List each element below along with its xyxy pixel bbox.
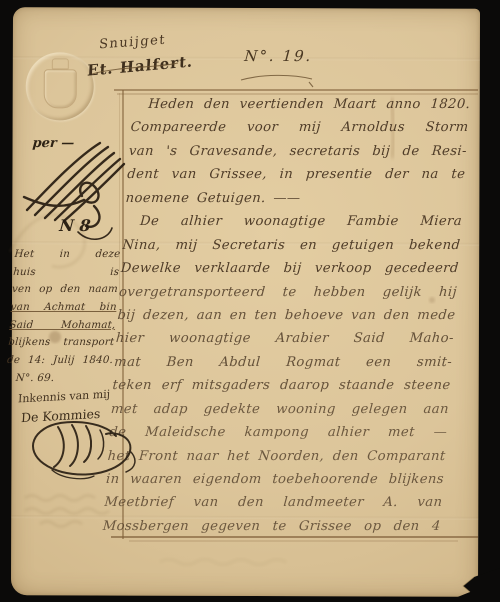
margin-per-note: per —: [32, 136, 75, 151]
deed-body-line: Nina, mij Secretaris en getuigen bekend: [122, 234, 462, 257]
deed-body-line: met adap gedekte wooning gelegen aan: [110, 398, 450, 421]
deed-body-text: Heden den veertienden Maart anno 1820. C…: [102, 93, 471, 538]
deed-body-line: de Maleidsche kampong alhier met —: [108, 421, 448, 444]
seal-crown: [52, 58, 69, 69]
margin-note-line: N°. 69.: [5, 370, 112, 388]
deed-body-line: Compareerde voor mij Arnoldus Storm: [130, 116, 470, 139]
deed-body-line: teken erf mitsgaders daarop staande stee…: [112, 374, 452, 397]
deed-body-line: Meetbrief van den landmeeter A. van: [103, 491, 443, 514]
deed-body-line: hier woonagtige Arabier Said Maho-: [115, 327, 455, 350]
margin-note-line: de 14: Julij 1840.: [6, 352, 113, 370]
deed-body-line: van 's Gravesande, secretaris bij de Res…: [128, 140, 468, 163]
margin-note-line: Said Mohamat,: [9, 317, 116, 335]
embossed-seal-icon: [26, 52, 94, 120]
margin-note-line: ven op den naam: [11, 281, 118, 299]
margin-note-line: van Achmat bin: [10, 299, 117, 317]
deed-body-line: De alhier woonagtige Fambie Miera: [123, 210, 463, 233]
deed-body-line: Mossbergen gegeven te Grissee op den 4: [102, 515, 442, 538]
seal-shield: [44, 69, 77, 108]
margin-transfer-note: Het in deze voormelde huis is overgeschr…: [5, 246, 121, 388]
deed-body-line: bij dezen, aan en ten behoeve van den me…: [117, 304, 457, 327]
deed-body-line: dent van Grissee, in presentie der na te: [126, 163, 466, 186]
document-number: N°. 19.: [244, 47, 313, 65]
margin-note-line: blijkens transport: [8, 334, 115, 352]
deed-body-line: mat Ben Abdul Rogmat een smit-: [113, 351, 453, 374]
deed-body-line: het Front naar het Noorden, den Comparan…: [107, 445, 447, 468]
deed-body-line: in waaren eigendom toebehoorende blijken…: [105, 468, 445, 491]
margin-clerk-mark: N 8: [59, 216, 92, 235]
margin-note-line: Het in deze voormelde: [14, 246, 121, 264]
scan-background: Snuijget Et. Halfert. N°. 19. per — N 8 …: [0, 0, 500, 602]
margin-note-line: huis is overgeschre-: [13, 264, 120, 282]
deed-body-line: Dewelke verklaarde bij verkoop gecedeerd…: [120, 257, 460, 280]
deed-body-line: overgetransporteerd te hebben gelijk hij…: [118, 281, 458, 304]
deed-body-line: Heden den veertienden Maart anno 1820.: [131, 93, 471, 116]
deed-body-line: noemene Getuigen. ——: [125, 187, 465, 210]
